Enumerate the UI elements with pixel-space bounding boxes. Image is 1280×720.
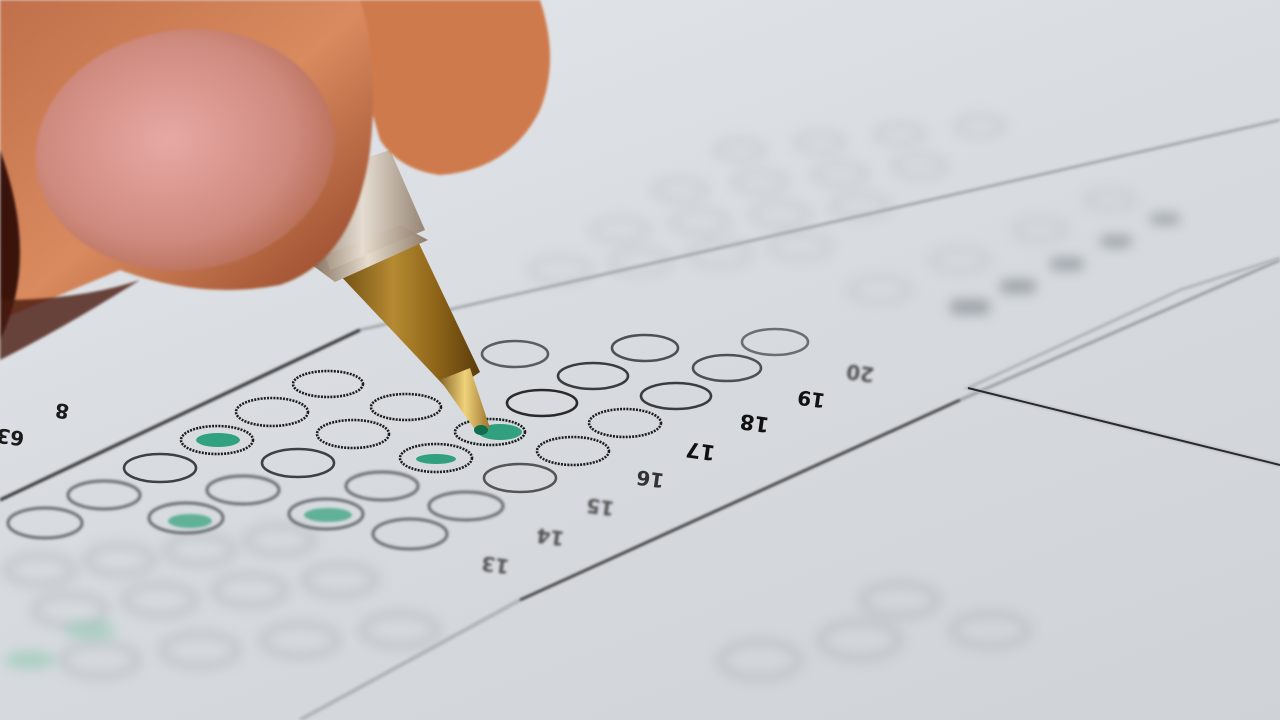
hand [0, 0, 550, 360]
answer-sheet-photo: 19 18 17 16 15 14 13 20 8 63 [0, 0, 1280, 720]
hand-and-pen [0, 0, 1280, 720]
